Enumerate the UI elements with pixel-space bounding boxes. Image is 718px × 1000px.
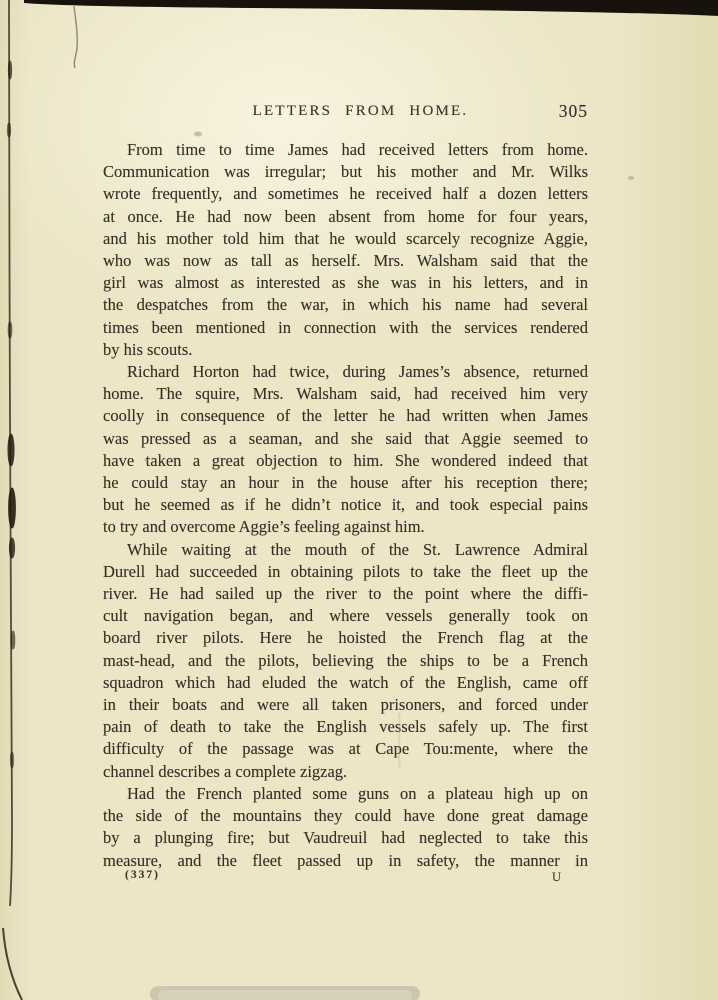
text-line: the despatches from the war, in which hi… — [103, 294, 588, 316]
text-line: who was now as tall as herself. Mrs. Wal… — [103, 250, 588, 272]
text-line: cult navigation began, and where vessels… — [103, 605, 588, 627]
text-line: to try and overcome Aggie’s feeling agai… — [103, 516, 588, 538]
text-line: the side of the mountains they could hav… — [103, 805, 588, 827]
text-line: girl was almost as interested as she was… — [103, 272, 588, 294]
signature-number: (337) — [125, 869, 160, 881]
text-line: was pressed as a seaman, and she said th… — [103, 428, 588, 450]
text-line: he could stay an hour in the house after… — [103, 472, 588, 494]
text-line: Durell had succeeded in obtaining pilots… — [103, 561, 588, 583]
text-line: Had the French planted some guns on a pl… — [103, 783, 588, 805]
text-line: From time to time James had received let… — [103, 139, 588, 161]
page-header: LETTERS FROM HOME. 305 — [103, 103, 588, 125]
page-text: From time to time James had received let… — [103, 139, 588, 872]
text-line: by a plunging fire; but Vaudreuil had ne… — [103, 827, 588, 849]
text-line: coolly in consequence of the letter he h… — [103, 405, 588, 427]
text-line: Communication was irregular; but his mot… — [103, 161, 588, 183]
text-line: at once. He had now been absent from hom… — [103, 206, 588, 228]
text-line: but he seemed as if he didn’t notice it,… — [103, 494, 588, 516]
text-line: difficulty of the passage was at Cape To… — [103, 738, 588, 760]
running-title: LETTERS FROM HOME. — [118, 103, 603, 120]
text-line: times been mentioned in connection with … — [103, 317, 588, 339]
text-line: home. The squire, Mrs. Walsham said, had… — [103, 383, 588, 405]
signature-letter: U — [552, 870, 561, 885]
text-line: in their boats and were all taken prison… — [103, 694, 588, 716]
text-line: wrote frequently, and sometimes he recei… — [103, 183, 588, 205]
text-line: by his scouts. — [103, 339, 588, 361]
text-line: river. He had sailed up the river to the… — [103, 583, 588, 605]
text-line: have taken a great objection to him. She… — [103, 450, 588, 472]
text-line: mast-head, and the pilots, believing the… — [103, 650, 588, 672]
page-number: 305 — [559, 101, 588, 122]
text-line: pain of death to take the English vessel… — [103, 716, 588, 738]
text-line: While waiting at the mouth of the St. La… — [103, 539, 588, 561]
text-line: Richard Horton had twice, during James’s… — [103, 361, 588, 383]
page-footer: (337) U — [103, 869, 588, 889]
text-line: channel describes a complete zigzag. — [103, 761, 588, 783]
text-line: squadron which had eluded the watch of t… — [103, 672, 588, 694]
text-line: and his mother told him that he would sc… — [103, 228, 588, 250]
text-line: board river pilots. Here he hoisted the … — [103, 627, 588, 649]
book-page-scan: LETTERS FROM HOME. 305 From time to time… — [0, 0, 718, 1000]
